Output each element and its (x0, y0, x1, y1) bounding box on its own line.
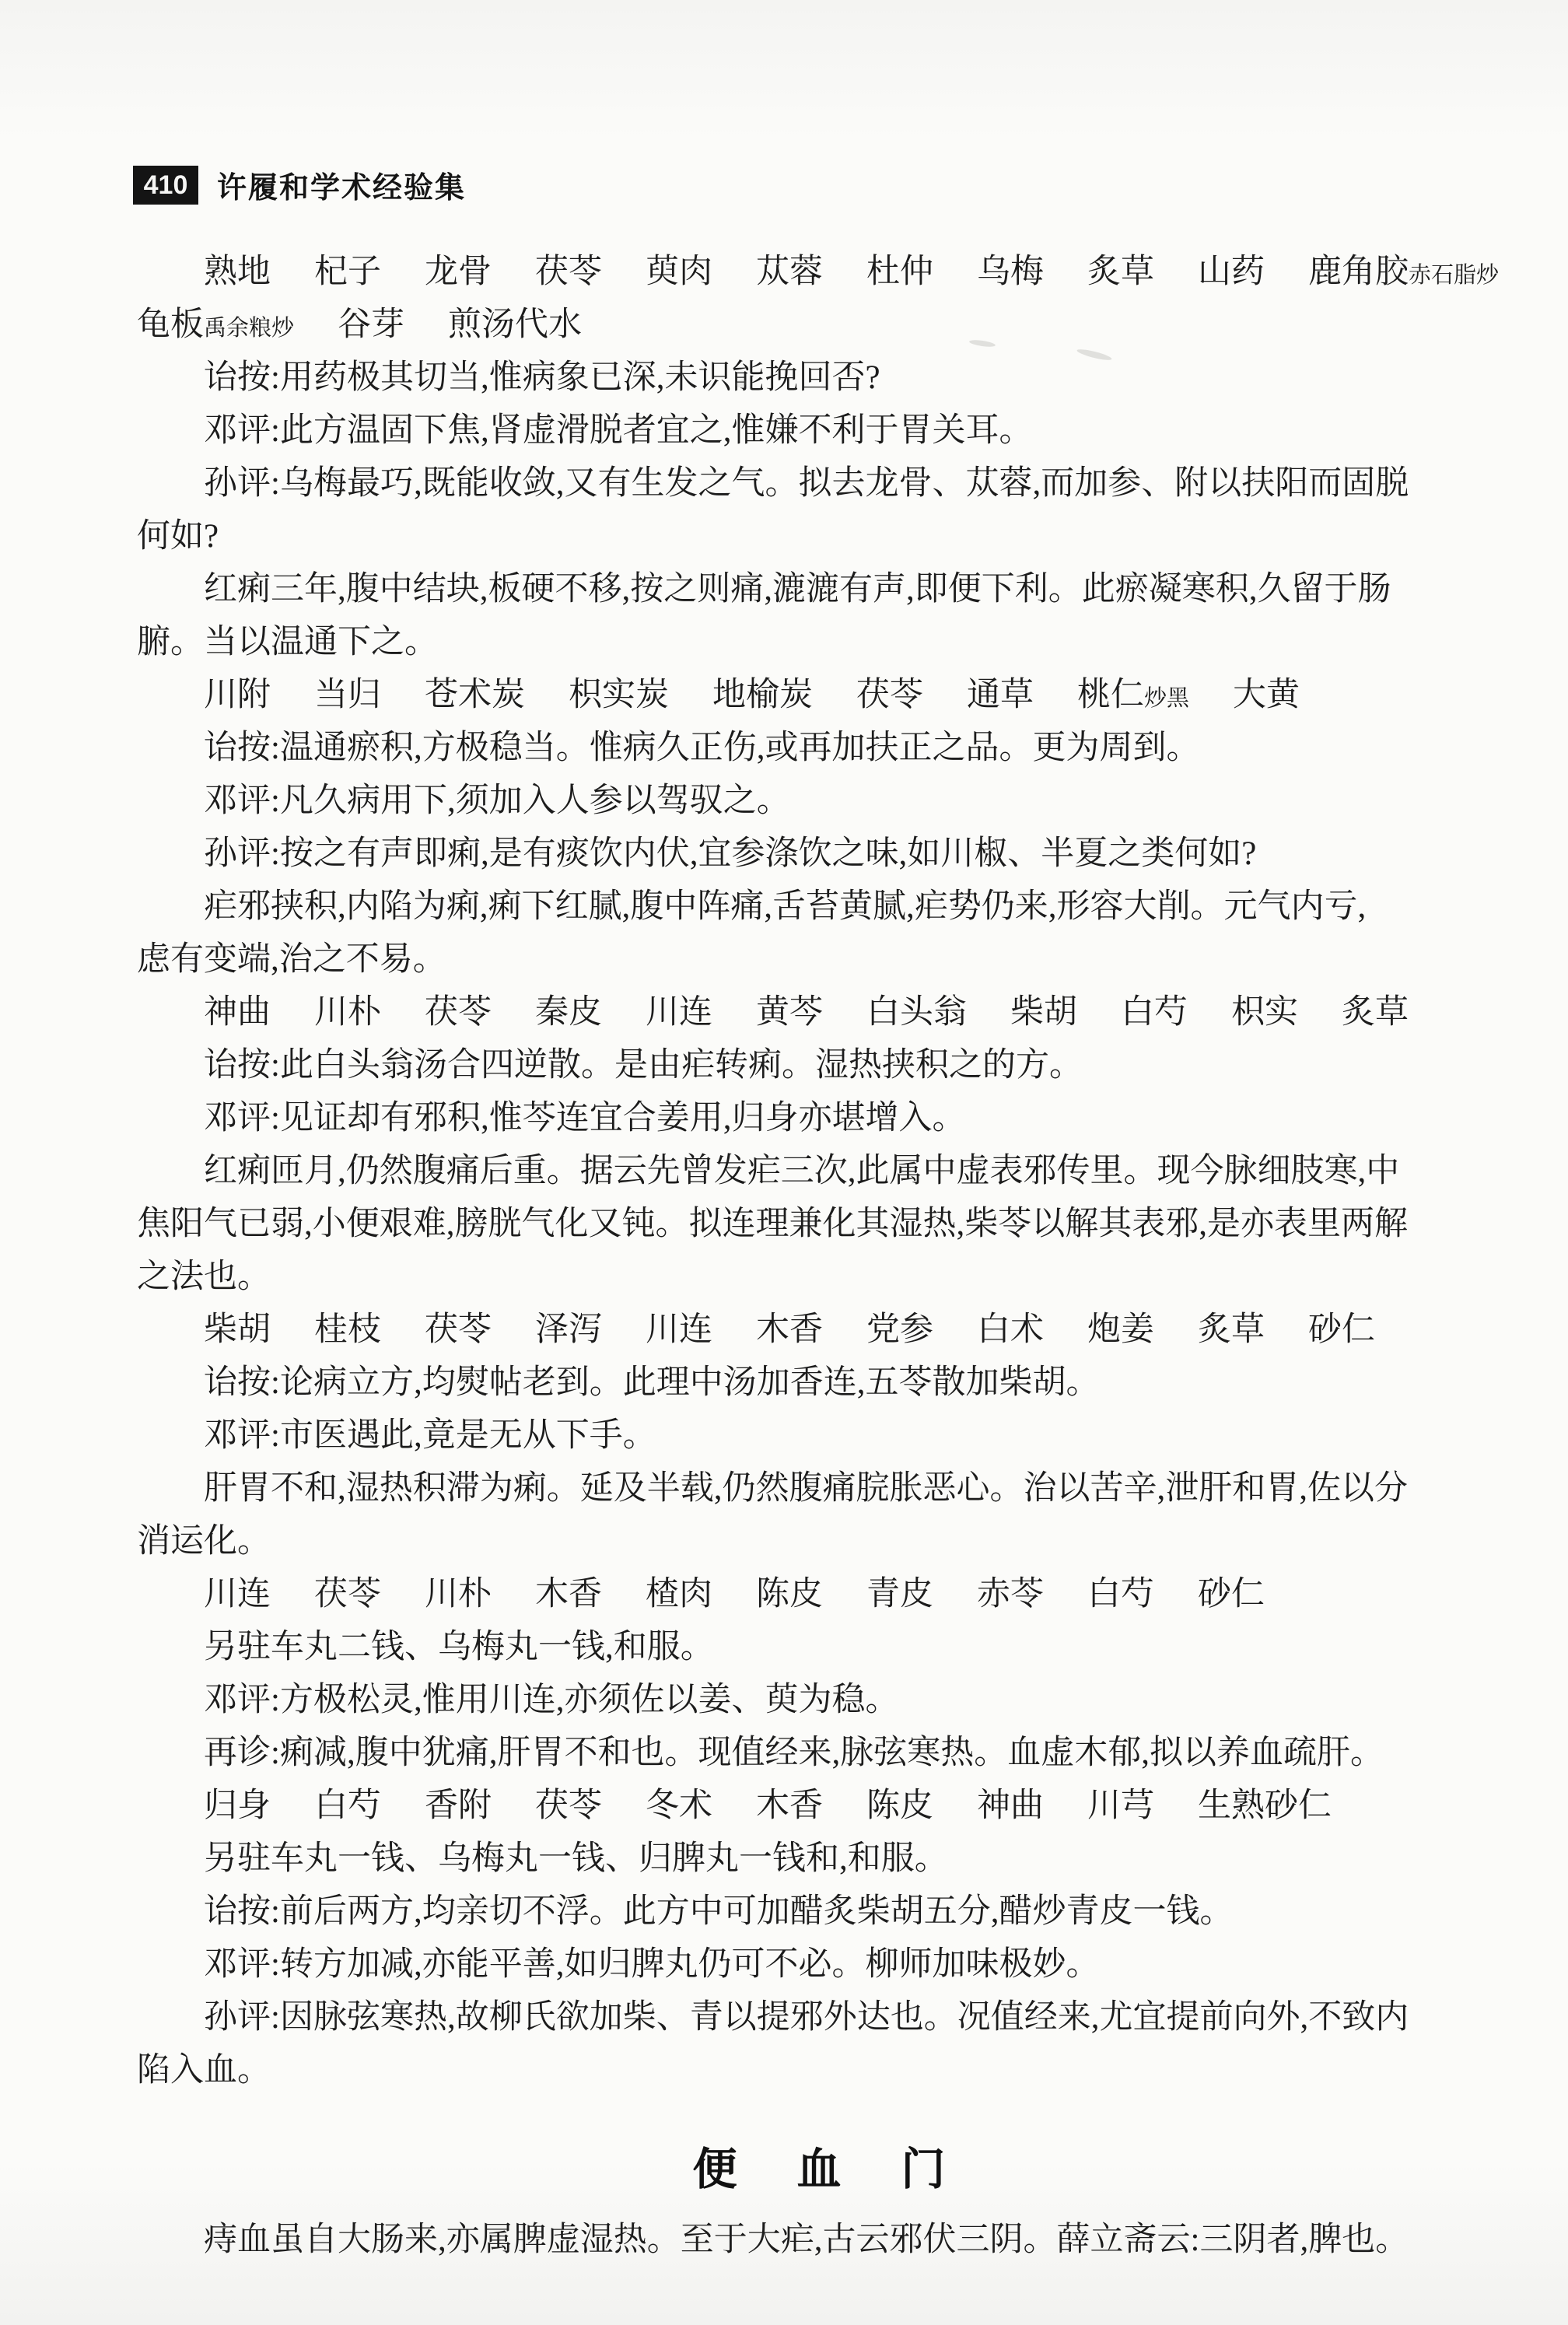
herb-preparation-note: 赤石脂炒 (1409, 263, 1499, 288)
herb-line: 龟板禹余粮炒谷芽煎汤代水 (137, 299, 1509, 352)
herb-item: 川附 (204, 677, 271, 713)
text-line: 诒按:前后两方,均亲切不浮。此方中可加醋炙柴胡五分,醋炒青皮一钱。 (137, 1886, 1509, 1938)
herb-item: 白芍 (1121, 994, 1188, 1031)
herb-item: 龟板禹余粮炒 (137, 306, 294, 343)
text-line: 何如? (137, 510, 1509, 563)
herb-item: 川连 (646, 994, 712, 1031)
text-line: 孙评:按之有声即痢,是有痰饮内伏,宜参涤饮之味,如川椒、半夏之类何如? (137, 828, 1509, 881)
herb-item: 神曲 (204, 994, 271, 1031)
section-heading: 便 血 门 (137, 2127, 1509, 2214)
herb-line: 柴胡桂枝茯苓泽泻川连木香党参白术炮姜炙草砂仁 (137, 1304, 1509, 1357)
herb-item: 川朴 (425, 1576, 492, 1612)
herb-item: 冬术 (646, 1788, 712, 1824)
herb-item: 秦皮 (535, 994, 602, 1031)
text-line: 焦阳气已弱,小便艰难,膀胱气化又钝。拟连理兼化其湿热,柴苓以解其表邪,是亦表里两… (137, 1198, 1509, 1251)
herb-item: 桃仁炒黑 (1077, 677, 1189, 713)
herb-item: 砂仁 (1308, 1311, 1375, 1348)
herb-item: 白头翁 (866, 994, 967, 1031)
herb-item: 茯苓 (535, 1788, 602, 1824)
herb-item: 萸肉 (646, 254, 712, 290)
herb-item: 木香 (535, 1576, 602, 1612)
herb-item: 杜仲 (866, 254, 933, 290)
herb-item: 白芍 (1087, 1576, 1154, 1612)
text-line: 诒按:温通瘀积,方极稳当。惟病久正伤,或再加扶正之品。更为周到。 (137, 722, 1509, 775)
herb-item: 谷芽 (338, 306, 404, 343)
herb-line: 川连茯苓川朴木香楂肉陈皮青皮赤苓白芍砂仁 (137, 1568, 1509, 1621)
page-number-badge: 410 (133, 166, 198, 205)
herb-item: 鹿角胶赤石脂炒 (1308, 254, 1499, 290)
text-line: 消运化。 (137, 1515, 1509, 1568)
herb-item: 茯苓 (535, 254, 602, 290)
text-line: 孙评:乌梅最巧,既能收敛,又有生发之气。拟去龙骨、苁蓉,而加参、附以扶阳而固脱 (137, 457, 1509, 510)
text-line: 陷入血。 (137, 2044, 1509, 2097)
herb-item: 当归 (314, 677, 381, 713)
herb-item: 枳实 (1231, 994, 1298, 1031)
text-line: 邓评:市医遇此,竟是无从下手。 (137, 1409, 1509, 1462)
herb-item: 川连 (646, 1311, 712, 1348)
text-line: 红痢三年,腹中结块,板硬不移,按之则痛,漉漉有声,即便下利。此瘀凝寒积,久留于肠 (137, 563, 1509, 616)
herb-item: 神曲 (977, 1788, 1044, 1824)
herb-item: 炙草 (1198, 1311, 1265, 1348)
herb-item: 茯苓 (425, 1311, 492, 1348)
text-line: 邓评:见证却有邪积,惟芩连宜合姜用,归身亦堪增入。 (137, 1092, 1509, 1145)
text-line: 痔血虽自大肠来,亦属脾虚湿热。至于大疟,古云邪伏三阴。薛立斋云:三阴者,脾也。 (137, 2214, 1509, 2267)
herb-item: 杞子 (314, 254, 381, 290)
herb-item: 生熟砂仁 (1198, 1788, 1332, 1824)
herb-preparation-note: 炒黑 (1144, 686, 1189, 711)
herb-item: 川朴 (314, 994, 381, 1031)
text-line: 腑。当以温通下之。 (137, 616, 1509, 669)
herb-item: 茯苓 (856, 677, 923, 713)
text-line: 虑有变端,治之不易。 (137, 933, 1509, 986)
herb-item: 木香 (756, 1311, 823, 1348)
herb-item: 白术 (977, 1311, 1044, 1348)
text-line: 红痢匝月,仍然腹痛后重。据云先曾发疟三次,此属中虚表邪传里。现今脉细肢寒,中 (137, 1145, 1509, 1198)
herb-item: 川连 (204, 1576, 271, 1612)
herb-item: 茯苓 (425, 994, 492, 1031)
herb-item: 地榆炭 (712, 677, 813, 713)
herb-preparation-note: 禹余粮炒 (204, 316, 294, 341)
text-line: 诒按:论病立方,均熨帖老到。此理中汤加香连,五苓散加柴胡。 (137, 1357, 1509, 1409)
herb-line: 熟地杞子龙骨茯苓萸肉苁蓉杜仲乌梅炙草山药鹿角胶赤石脂炒 (137, 246, 1509, 299)
herb-item: 香附 (425, 1788, 492, 1824)
page-body: 熟地杞子龙骨茯苓萸肉苁蓉杜仲乌梅炙草山药鹿角胶赤石脂炒龟板禹余粮炒谷芽煎汤代水诒… (137, 246, 1509, 2267)
herb-item: 砂仁 (1198, 1576, 1265, 1612)
book-title: 许履和学术经验集 (217, 163, 466, 206)
herb-item: 茯苓 (314, 1576, 381, 1612)
text-line: 另驻车丸一钱、乌梅丸一钱、归脾丸一钱和,和服。 (137, 1833, 1509, 1886)
text-line: 疟邪挟积,内陷为痢,痢下红腻,腹中阵痛,舌苔黄腻,疟势仍来,形容大削。元气内亏, (137, 881, 1509, 933)
text-line: 再诊:痢减,腹中犹痛,肝胃不和也。现值经来,脉弦寒热。血虚木郁,拟以养血疏肝。 (137, 1727, 1509, 1780)
page-header: 410 许履和学术经验集 (133, 163, 466, 206)
text-line: 诒按:用药极其切当,惟病象已深,未识能挽回否? (137, 352, 1509, 404)
herb-item: 大黄 (1233, 677, 1300, 713)
herb-item: 熟地 (204, 254, 271, 290)
herb-item: 苁蓉 (756, 254, 823, 290)
herb-item: 青皮 (866, 1576, 933, 1612)
herb-item: 煎汤代水 (448, 306, 582, 343)
herb-item: 炙草 (1087, 254, 1154, 290)
text-line: 邓评:凡久病用下,须加入人参以驾驭之。 (137, 775, 1509, 828)
herb-line: 神曲川朴茯苓秦皮川连黄芩白头翁柴胡白芍枳实炙草 (137, 986, 1509, 1039)
herb-item: 柴胡 (1010, 994, 1077, 1031)
text-line: 邓评:方极松灵,惟用川连,亦须佐以姜、萸为稳。 (137, 1674, 1509, 1727)
text-line: 诒按:此白头翁汤合四逆散。是由疟转痢。湿热挟积之的方。 (137, 1039, 1509, 1092)
text-line: 邓评:转方加减,亦能平善,如归脾丸仍可不必。柳师加味极妙。 (137, 1938, 1509, 1991)
text-line: 肝胃不和,湿热积滞为痢。延及半载,仍然腹痛脘胀恶心。治以苦辛,泄肝和胃,佐以分 (137, 1462, 1509, 1515)
herb-item: 白芍 (314, 1788, 381, 1824)
herb-item: 陈皮 (866, 1788, 933, 1824)
herb-item: 龙骨 (425, 254, 492, 290)
herb-item: 通草 (967, 677, 1034, 713)
herb-item: 炙草 (1342, 994, 1409, 1031)
herb-item: 桂枝 (314, 1311, 381, 1348)
herb-item: 乌梅 (977, 254, 1044, 290)
text-line: 孙评:因脉弦寒热,故柳氏欲加柴、青以提邪外达也。况值经来,尤宜提前向外,不致内 (137, 1991, 1509, 2044)
herb-item: 归身 (204, 1788, 271, 1824)
herb-item: 木香 (756, 1788, 823, 1824)
herb-line: 川附当归苍术炭枳实炭地榆炭茯苓通草桃仁炒黑大黄 (137, 669, 1509, 722)
herb-item: 苍术炭 (425, 677, 525, 713)
herb-item: 陈皮 (756, 1576, 823, 1612)
herb-item: 山药 (1198, 254, 1265, 290)
herb-item: 黄芩 (756, 994, 823, 1031)
herb-item: 党参 (866, 1311, 933, 1348)
text-line: 之法也。 (137, 1251, 1509, 1304)
herb-item: 炮姜 (1087, 1311, 1154, 1348)
herb-item: 赤苓 (977, 1576, 1044, 1612)
herb-item: 川芎 (1087, 1788, 1154, 1824)
herb-item: 柴胡 (204, 1311, 271, 1348)
herb-item: 泽泻 (535, 1311, 602, 1348)
text-line: 邓评:此方温固下焦,肾虚滑脱者宜之,惟嫌不利于胃关耳。 (137, 404, 1509, 457)
herb-line: 归身白芍香附茯苓冬术木香陈皮神曲川芎生熟砂仁 (137, 1780, 1509, 1833)
herb-item: 楂肉 (646, 1576, 712, 1612)
text-line: 另驻车丸二钱、乌梅丸一钱,和服。 (137, 1621, 1509, 1674)
herb-item: 枳实炭 (569, 677, 669, 713)
book-page: 410 许履和学术经验集 熟地杞子龙骨茯苓萸肉苁蓉杜仲乌梅炙草山药鹿角胶赤石脂炒… (0, 0, 1568, 2325)
